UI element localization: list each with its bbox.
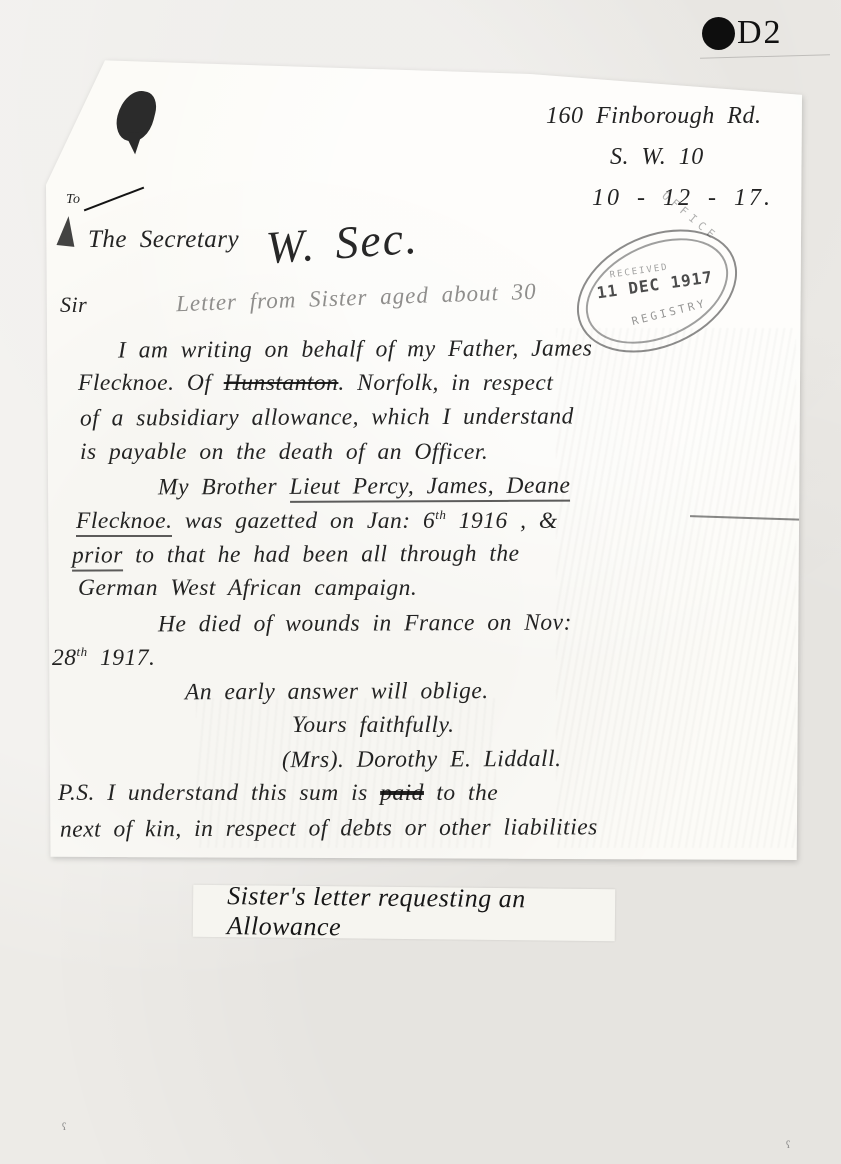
letter-text: 1917. — [88, 645, 156, 671]
letter-text: I am writing on behalf of my Father, Jam… — [118, 335, 592, 363]
superscript: th — [435, 507, 446, 522]
to-mark: To — [66, 192, 81, 208]
sender-address: 160 Finborough Rd. S. W. 10 10 - 12 - 17… — [546, 96, 773, 219]
letter-line: Yours faithfully. — [292, 712, 802, 746]
signature-line: (Mrs). Dorothy E. Liddall. — [282, 745, 802, 781]
doc-ref-marker: D2 — [702, 14, 783, 52]
letter-text: 1916 , & — [446, 508, 557, 534]
clerk-ink-annotation: W. Sec. — [264, 211, 420, 275]
scribbled-word: paid — [380, 780, 424, 806]
underlined-name: Lieut Percy, James, Deane — [289, 472, 570, 502]
ink-blot — [112, 86, 160, 145]
letter-text: next of kin, in respect of debts or othe… — [60, 814, 598, 842]
letter-sheet: 160 Finborough Rd. S. W. 10 10 - 12 - 17… — [46, 58, 802, 860]
letter-line: Flecknoe. was gazetted on Jan: 6th 1916 … — [76, 507, 802, 541]
paper-speck: ʕ — [62, 1122, 66, 1133]
letter-line: 28th 1917. — [52, 644, 802, 678]
scanned-page: D2 160 Finborough Rd. S. W. 10 10 - 12 -… — [0, 0, 841, 1164]
doc-ref-label: D2 — [737, 14, 783, 52]
paper-speck: ʕ — [786, 1140, 790, 1151]
letter-text: Flecknoe. Of — [78, 370, 224, 396]
letter-line: My Brother Lieut Percy, James, Deane — [158, 471, 802, 508]
letter-line: He died of wounds in France on Nov: — [158, 608, 802, 645]
address-line-2: S. W. 10 — [546, 137, 773, 178]
ink-mark — [56, 215, 77, 247]
underlined-word: Flecknoe. — [76, 508, 172, 537]
caption-strip: Sister's letter requesting an Allowance — [193, 885, 616, 941]
letter-line: is payable on the death of an Officer. — [80, 439, 802, 473]
letter-text: My Brother — [158, 474, 290, 501]
letter-text: to the — [424, 780, 498, 806]
letter-line: prior to that he had been all through th… — [72, 540, 802, 577]
recipient-line: The Secretary — [88, 226, 239, 254]
postscript-line: P.S. I understand this sum is paid to th… — [58, 780, 802, 814]
letter-text: Yours faithfully. — [292, 712, 455, 738]
letter-line: An early answer will oblige. — [185, 677, 802, 714]
letter-body: I am writing on behalf of my Father, Jam… — [46, 336, 802, 849]
black-dot-icon — [702, 17, 735, 50]
letter-text: He died of wounds in France on Nov: — [158, 609, 572, 637]
letter-text: 28 — [52, 645, 77, 671]
superscript: th — [77, 644, 88, 659]
letter-text: An early answer will oblige. — [185, 678, 489, 705]
postscript-line: next of kin, in respect of debts or othe… — [60, 813, 802, 850]
letter-text: P.S. I understand this sum is — [58, 780, 380, 806]
signature-text: (Mrs). Dorothy E. Liddall. — [282, 746, 562, 773]
letter-text: of a subsidiary allowance, which I under… — [80, 404, 574, 432]
address-line-1: 160 Finborough Rd. — [546, 96, 773, 137]
salutation: Sir — [60, 292, 87, 318]
letter-text: was gazetted on Jan: 6 — [172, 508, 435, 534]
underlined-word: prior — [72, 542, 123, 571]
letter-text: . Norfolk, in respect — [338, 370, 553, 396]
pencil-annotation: Letter from Sister aged about 30 — [176, 279, 537, 318]
struck-word: Hunstanton — [224, 370, 339, 396]
letter-line: of a subsidiary allowance, which I under… — [80, 403, 802, 440]
letter-text: German West African campaign. — [78, 575, 417, 601]
letter-line: German West African campaign. — [78, 575, 802, 609]
letter-line: I am writing on behalf of my Father, Jam… — [118, 335, 802, 372]
letter-line: Flecknoe. Of Hunstanton. Norfolk, in res… — [78, 370, 802, 404]
caption-text: Sister's letter requesting an Allowance — [193, 881, 616, 945]
letter-text: to that he had been all through the — [123, 541, 520, 569]
letter-text: is payable on the death of an Officer. — [80, 439, 488, 465]
